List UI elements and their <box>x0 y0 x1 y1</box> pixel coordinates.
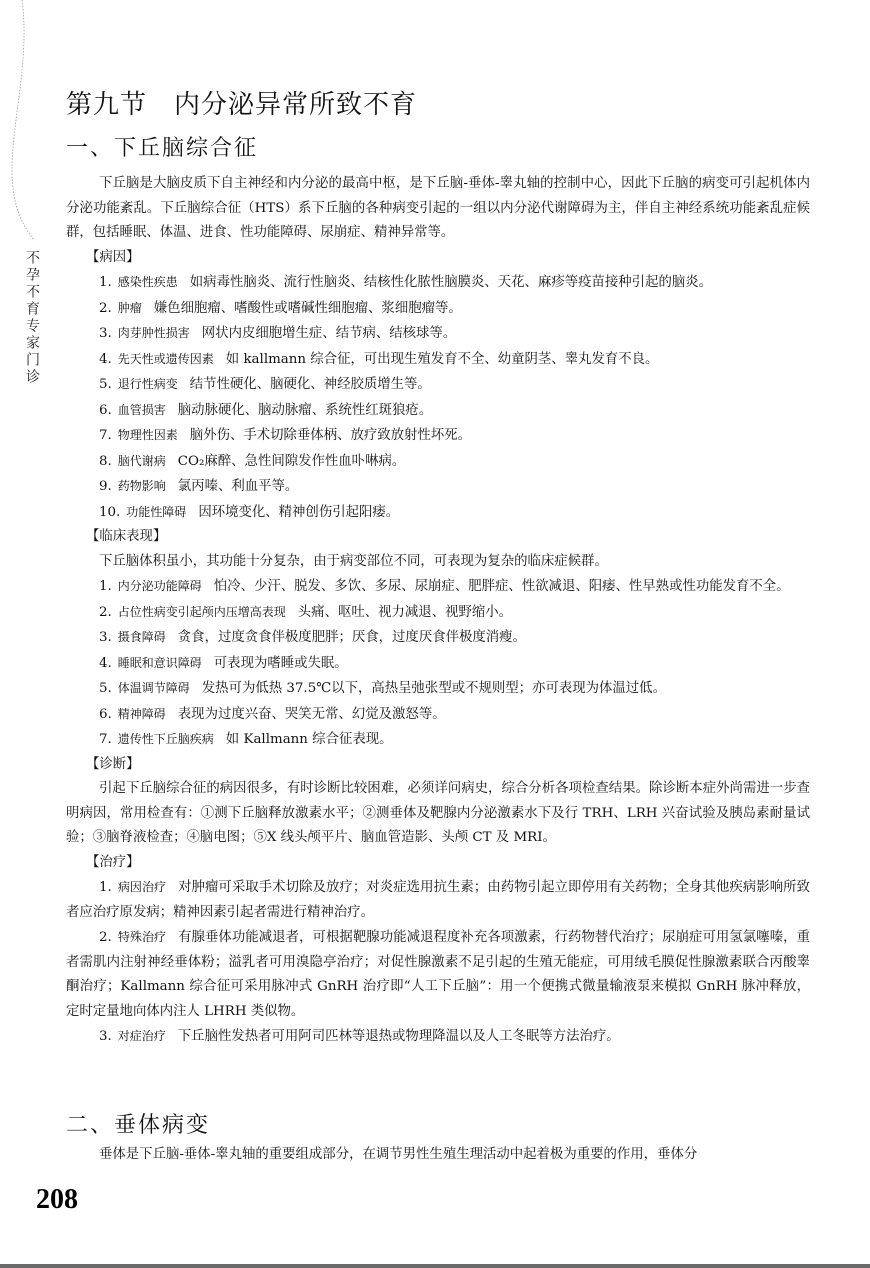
list-item: 3.摄食障碍贪食，过度贪食伴极度肥胖；厌食，过度厌食伴极度消瘦。 <box>66 625 810 651</box>
treatment-heading: 【治疗】 <box>66 851 810 876</box>
clinical-list: 1.内分泌功能障碍怕冷、少汗、脱发、多饮、多尿、尿崩症、肥胖症、性欲减退、阳痿、… <box>66 574 810 753</box>
section2-intro: 垂体是下丘脑-垂体-睾丸轴的重要组成部分，在调节男性生殖生理活动中起着极为重要的… <box>66 1143 810 1168</box>
chapter-title: 第九节 内分泌异常所致不育 <box>66 84 417 121</box>
list-item: 3.肉芽肿性损害网状内皮细胞增生症、结节病、结核球等。 <box>66 321 810 347</box>
list-item: 1.感染性疾患如病毒性脑炎、流行性脑炎、结核性化脓性脑膜炎、天花、麻疹等疫苗接种… <box>66 270 810 296</box>
section-title-hypothalamic-syndrome: 一、下丘脑综合征 <box>66 131 258 162</box>
side-running-header: 不孕不育专家门诊 <box>23 250 41 386</box>
list-item: 5.体温调节障碍发热可为低热 37.5℃以下，高热呈弛张型或不规则型；亦可表现为… <box>66 676 810 702</box>
list-item: 4.睡眠和意识障碍可表现为嗜睡或失眠。 <box>66 651 810 677</box>
section2-content: 垂体是下丘脑-垂体-睾丸轴的重要组成部分，在调节男性生殖生理活动中起着极为重要的… <box>66 1143 810 1168</box>
treatment-list: 1.病因治疗对肿瘤可采取手术切除及放疗；对炎症选用抗生素；由药物引起立即停用有关… <box>66 875 810 1050</box>
list-item: 5.退行性病变结节性硬化、脑硬化、神经胶质增生等。 <box>66 372 810 398</box>
list-item: 10.功能性障碍因环境变化、精神创伤引起阳痿。 <box>66 500 810 526</box>
list-item: 8.脑代谢病CO₂麻醉、急性间隙发作性血卟啉病。 <box>66 449 810 475</box>
section1-content: 下丘脑是大脑皮质下自主神经和内分泌的最高中枢，是下丘脑-垂体-睾丸轴的控制中心，… <box>66 172 810 1050</box>
list-item: 1.病因治疗对肿瘤可采取手术切除及放疗；对炎症选用抗生素；由药物引起立即停用有关… <box>66 875 810 925</box>
list-item: 4.先天性或遗传因素如 kallmann 综合征，可出现生殖发育不全、幼童阴茎、… <box>66 347 810 373</box>
section-title-pituitary-lesions: 二、垂体病变 <box>66 1108 210 1139</box>
list-item: 2.特殊治疗有腺垂体功能减退者，可根据靶腺功能减退程度补充各项激素，行药物替代治… <box>66 925 810 1024</box>
list-item: 6.精神障碍表现为过度兴奋、哭笑无常、幻觉及激怒等。 <box>66 702 810 728</box>
etiology-heading: 【病因】 <box>66 246 810 271</box>
list-item: 7.遗传性下丘脑疾病如 Kallmann 综合征表现。 <box>66 727 810 753</box>
scan-bottom-edge <box>0 1264 870 1268</box>
page-binding-curve <box>0 0 40 245</box>
etiology-list: 1.感染性疾患如病毒性脑炎、流行性脑炎、结核性化脓性脑膜炎、天花、麻疹等疫苗接种… <box>66 270 810 525</box>
diagnosis-heading: 【诊断】 <box>66 753 810 778</box>
list-item: 3.对症治疗下丘脑性发热者可用阿司匹林等退热或物理降温以及人工冬眠等方法治疗。 <box>66 1024 810 1050</box>
list-item: 6.血管损害脑动脉硬化、脑动脉瘤、系统性红斑狼疮。 <box>66 398 810 424</box>
book-page: 不孕不育专家门诊 第九节 内分泌异常所致不育 一、下丘脑综合征 下丘脑是大脑皮质… <box>0 0 870 1268</box>
section1-intro: 下丘脑是大脑皮质下自主神经和内分泌的最高中枢，是下丘脑-垂体-睾丸轴的控制中心，… <box>66 172 810 246</box>
clinical-intro: 下丘脑体积虽小，其功能十分复杂，由于病变部位不同，可表现为复杂的临床症候群。 <box>66 550 810 575</box>
page-number: 208 <box>36 1184 78 1216</box>
list-item: 9.药物影响氯丙嗪、利血平等。 <box>66 474 810 500</box>
list-item: 2.占位性病变引起颅内压增高表现头痛、呕吐、视力减退、视野缩小。 <box>66 600 810 626</box>
list-item: 1.内分泌功能障碍怕冷、少汗、脱发、多饮、多尿、尿崩症、肥胖症、性欲减退、阳痿、… <box>66 574 810 600</box>
clinical-heading: 【临床表现】 <box>66 525 810 550</box>
list-item: 7.物理性因素脑外伤、手术切除垂体柄、放疗致放射性坏死。 <box>66 423 810 449</box>
diagnosis-text: 引起下丘脑综合征的病因很多，有时诊断比较困难，必须详问病史，综合分析各项检查结果… <box>66 777 810 851</box>
list-item: 2.肿瘤嫌色细胞瘤、嗜酸性或嗜碱性细胞瘤、浆细胞瘤等。 <box>66 296 810 322</box>
